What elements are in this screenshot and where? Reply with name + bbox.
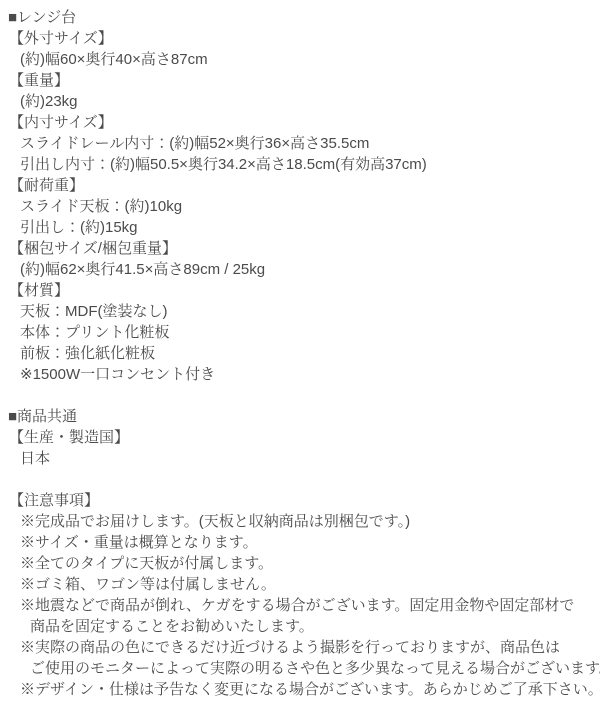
spec-line: スライドレール内寸：(約)幅52×奥行36×高さ35.5cm — [0, 133, 600, 154]
product-spec-document: ■レンジ台【外寸サイズ】(約)幅60×奥行40×高さ87cm【重量】(約)23k… — [0, 0, 600, 700]
spec-line: ※1500W一口コンセント付き — [0, 364, 600, 385]
spec-label: 【生産・製造国】 — [0, 427, 600, 448]
spec-line: 天板：MDF(塗装なし) — [0, 301, 600, 322]
spec-line: 引出し内寸：(約)幅50.5×奥行34.2×高さ18.5cm(有効高37cm) — [0, 154, 600, 175]
spec-label: 【外寸サイズ】 — [0, 28, 600, 49]
section-title: ■レンジ台 — [0, 7, 600, 28]
spec-line: ※地震などで商品が倒れ、ケガをする場合がございます。固定用金物や固定部材で — [0, 595, 600, 616]
spec-line: ※実際の商品の色にできるだけ近づけるよう撮影を行っておりますが、商品色は — [0, 637, 600, 658]
section-spacer — [0, 385, 600, 406]
spec-label: 【重量】 — [0, 70, 600, 91]
section-title: ■商品共通 — [0, 406, 600, 427]
spec-line: ※ゴミ箱、ワゴン等は付属しません。 — [0, 574, 600, 595]
spec-line: 本体：プリント化粧板 — [0, 322, 600, 343]
spec-line: ※デザイン・仕様は予告なく変更になる場合がございます。あらかじめご了承下さい。 — [0, 679, 600, 700]
spec-label: 【注意事項】 — [0, 490, 600, 511]
spec-line: (約)23kg — [0, 91, 600, 112]
spec-line: ※完成品でお届けします。(天板と収納商品は別梱包です。) — [0, 511, 600, 532]
spec-line: スライド天板：(約)10kg — [0, 196, 600, 217]
spec-label: 【梱包サイズ/梱包重量】 — [0, 238, 600, 259]
spec-line: (約)幅60×奥行40×高さ87cm — [0, 49, 600, 70]
spec-line: (約)幅62×奥行41.5×高さ89cm / 25kg — [0, 259, 600, 280]
spec-line: 日本 — [0, 448, 600, 469]
spec-line: 前板：強化紙化粧板 — [0, 343, 600, 364]
spec-line: 商品を固定することをお勧めいたします。 — [0, 616, 600, 637]
spec-label: 【材質】 — [0, 280, 600, 301]
spec-line: 引出し：(約)15kg — [0, 217, 600, 238]
section-spacer — [0, 469, 600, 490]
spec-label: 【耐荷重】 — [0, 175, 600, 196]
spec-line: ご使用のモニターによって実際の明るさや色と多少異なって見える場合がございます。 — [0, 658, 600, 679]
spec-label: 【内寸サイズ】 — [0, 112, 600, 133]
spec-line: ※全てのタイプに天板が付属します。 — [0, 553, 600, 574]
spec-line: ※サイズ・重量は概算となります。 — [0, 532, 600, 553]
